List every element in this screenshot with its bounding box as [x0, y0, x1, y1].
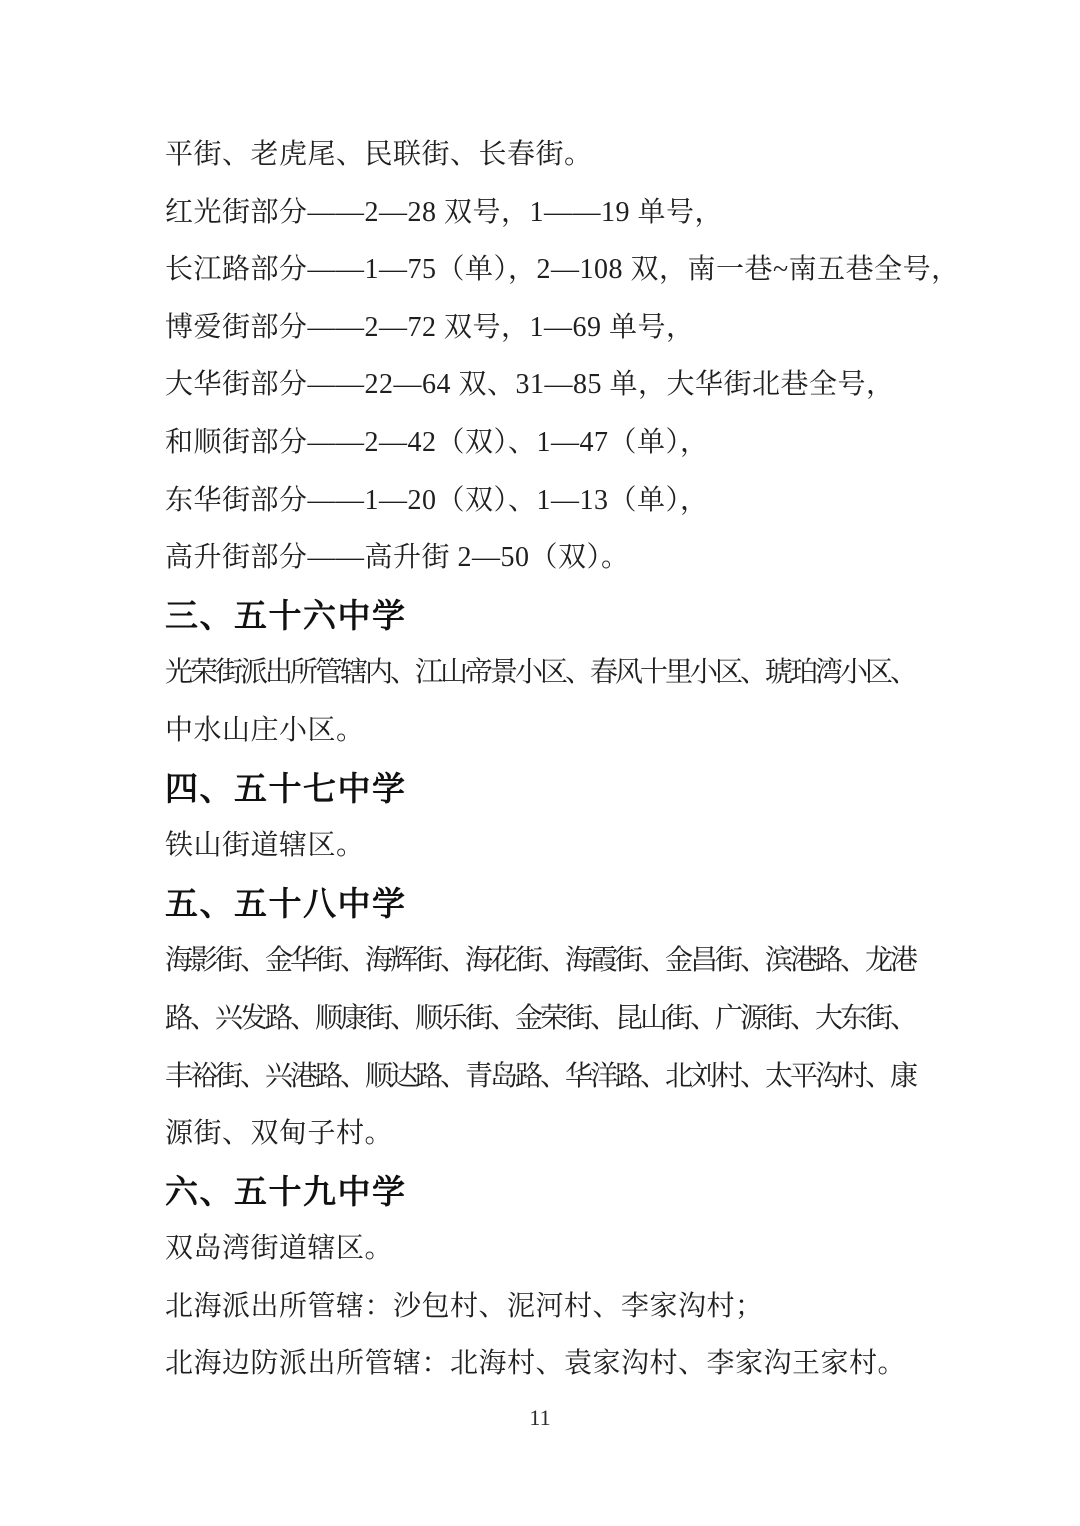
section-heading-school-58: 五、五十八中学: [165, 875, 937, 933]
section-heading-school-57: 四、五十七中学: [165, 760, 937, 818]
text-line: 博爱街部分——2—72 双号，1—69 单号，: [165, 299, 937, 357]
page-number: 11: [0, 1405, 1080, 1431]
section-heading-school-56: 三、五十六中学: [165, 587, 937, 645]
text-line: 东华街部分——1—20（双）、1—13（单），: [165, 472, 937, 530]
text-line: 北海派出所管辖：沙包村、泥河村、李家沟村；: [165, 1278, 937, 1336]
text-line: 长江路部分——1—75（单），2—108 双，南一巷~南五巷全号，: [165, 241, 937, 299]
text-line: 双岛湾街道辖区。: [165, 1220, 937, 1278]
text-line: 铁山街道辖区。: [165, 817, 937, 875]
text-line: 高升街部分——高升街 2—50（双）。: [165, 529, 937, 587]
text-line: 大华街部分——22—64 双、31—85 单，大华街北巷全号，: [165, 356, 937, 414]
text-line: 中水山庄小区。: [165, 702, 937, 760]
text-line: 丰裕街、兴港路、顺达路、青岛路、华洋路、北刘村、太平沟村、康: [165, 1048, 937, 1106]
document-body: 平街、老虎尾、民联街、长春街。 红光街部分——2—28 双号，1——19 单号，…: [165, 126, 937, 1393]
text-line: 路、兴发路、顺康街、顺乐街、金荣街、昆山街、广源街、大东街、: [165, 990, 937, 1048]
text-line: 平街、老虎尾、民联街、长春街。: [165, 126, 937, 184]
text-line: 源街、双甸子村。: [165, 1105, 937, 1163]
text-line: 光荣街派出所管辖内、江山帝景小区、春风十里小区、琥珀湾小区、: [165, 644, 937, 702]
text-line: 北海边防派出所管辖：北海村、袁家沟村、李家沟王家村。: [165, 1335, 937, 1393]
text-line: 海影街、金华街、海辉街、海花街、海霞街、金昌街、滨港路、龙港: [165, 932, 937, 990]
text-line: 红光街部分——2—28 双号，1——19 单号，: [165, 184, 937, 242]
section-heading-school-59: 六、五十九中学: [165, 1163, 937, 1221]
document-page: 平街、老虎尾、民联街、长春街。 红光街部分——2—28 双号，1——19 单号，…: [0, 0, 1080, 1526]
text-line: 和顺街部分——2—42（双）、1—47（单），: [165, 414, 937, 472]
